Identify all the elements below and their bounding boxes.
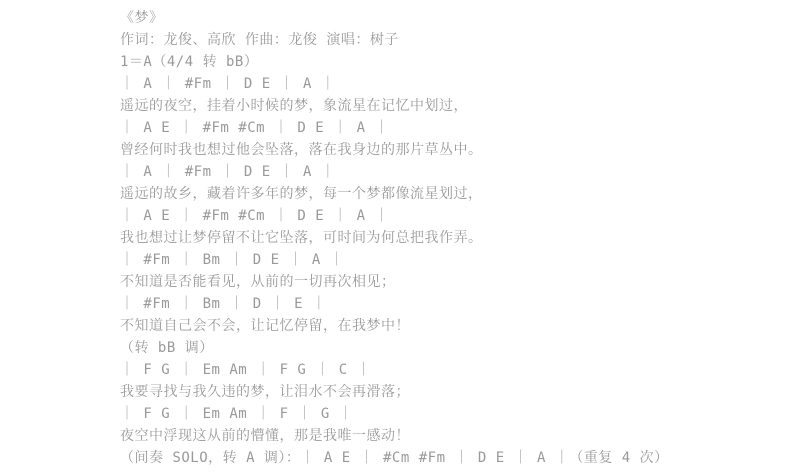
lyric-line: 遥远的夜空，挂着小时候的梦，象流星在记忆中划过， — [120, 95, 793, 117]
lyric-line: 我要寻找与我久违的梦，让泪水不会再滑落； — [120, 381, 793, 403]
lyric-line: 不知道是否能看见，从前的一切再次相见； — [120, 271, 793, 293]
key-signature: 1＝A（4/4 转 bB） — [120, 51, 793, 73]
chord-line: ｜ #Fm ｜ Bm ｜ D E ｜ A ｜ — [120, 249, 793, 271]
song-credits: 作词：龙俊、高欣 作曲：龙俊 演唱：树子 — [120, 29, 793, 51]
chord-line: ｜ F G ｜ Em Am ｜ F ｜ G ｜ — [120, 403, 793, 425]
chord-line: ｜ A E ｜ #Fm #Cm ｜ D E ｜ A ｜ — [120, 205, 793, 227]
lyric-line: 遥远的故乡，藏着许多年的梦，每一个梦都像流星划过， — [120, 183, 793, 205]
lyric-line: 夜空中浮现这从前的懵懂，那是我唯一感动！ — [120, 425, 793, 447]
lyric-sheet: 《梦》 作词：龙俊、高欣 作曲：龙俊 演唱：树子 1＝A（4/4 转 bB） ｜… — [0, 0, 793, 472]
chord-line: ｜ F G ｜ Em Am ｜ F G ｜ C ｜ — [120, 359, 793, 381]
song-title: 《梦》 — [120, 7, 793, 29]
chord-line: ｜ A E ｜ #Fm #Cm ｜ D E ｜ A ｜ — [120, 117, 793, 139]
chord-line: ｜ A ｜ #Fm ｜ D E ｜ A ｜ — [120, 161, 793, 183]
chord-line: ｜ A ｜ #Fm ｜ D E ｜ A ｜ — [120, 73, 793, 95]
lyric-line: 我也想过让梦停留不让它坠落，可时间为何总把我作弄。 — [120, 227, 793, 249]
interlude-note: （间奏 SOLO，转 A 调）：｜ A E ｜ #Cm #Fm ｜ D E ｜ … — [120, 447, 793, 469]
chord-line: ｜ #Fm ｜ Bm ｜ D ｜ E ｜ — [120, 293, 793, 315]
modulation-note: （转 bB 调） — [120, 337, 793, 359]
lyric-line: 不知道自己会不会，让记忆停留，在我梦中！ — [120, 315, 793, 337]
lyric-line: 曾经何时我也想过他会坠落，落在我身边的那片草丛中。 — [120, 139, 793, 161]
